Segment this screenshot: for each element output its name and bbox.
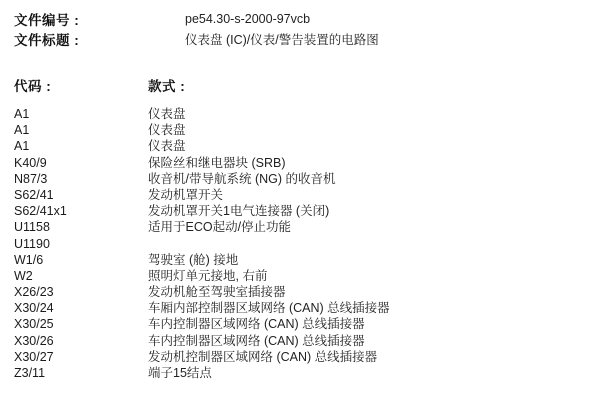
- table-row: W1/6 驾驶室 (舱) 接地: [14, 252, 602, 268]
- document-title-label: 文件标题 :: [14, 29, 185, 49]
- document-title-row: 文件标题 : 仪表盘 (IC)/仪表/警告装置的电路图: [14, 29, 602, 49]
- code-cell: W1/6: [14, 252, 148, 268]
- description-cell: 驾驶室 (舱) 接地: [148, 252, 238, 268]
- table-row: W2 照明灯单元接地, 右前: [14, 268, 602, 284]
- description-cell: 端子15结点: [148, 365, 212, 381]
- description-cell: 仪表盘: [148, 106, 186, 122]
- table-row: X30/26 车内控制器区域网络 (CAN) 总线插接器: [14, 333, 602, 349]
- table-row: S62/41 发动机罩开关: [14, 187, 602, 203]
- code-cell: K40/9: [14, 155, 148, 171]
- description-cell: 发动机罩开关1电气连接器 (关闭): [148, 203, 329, 219]
- description-cell: 发动机控制器区域网络 (CAN) 总线插接器: [148, 349, 377, 365]
- table-row: A1 仪表盘: [14, 122, 602, 138]
- code-cell: X30/24: [14, 300, 148, 316]
- code-cell: A1: [14, 138, 148, 154]
- code-cell: X26/23: [14, 284, 148, 300]
- code-cell: W2: [14, 268, 148, 284]
- table-row: A1 仪表盘: [14, 106, 602, 122]
- table-row: U1190: [14, 236, 602, 252]
- document-number-value: pe54.30-s-2000-97vcb: [185, 12, 310, 26]
- description-cell: 照明灯单元接地, 右前: [148, 268, 267, 284]
- table-row: X30/24 车厢内部控制器区域网络 (CAN) 总线插接器: [14, 300, 602, 316]
- document-page: 文件编号 : pe54.30-s-2000-97vcb 文件标题 : 仪表盘 (…: [0, 0, 602, 409]
- description-column-header: 款式 :: [148, 75, 185, 95]
- table-row: A1 仪表盘: [14, 138, 602, 154]
- code-cell: U1158: [14, 219, 148, 235]
- document-title-value: 仪表盘 (IC)/仪表/警告装置的电路图: [185, 30, 379, 48]
- description-cell: 仪表盘: [148, 138, 186, 154]
- table-row: S62/41x1 发动机罩开关1电气连接器 (关闭): [14, 203, 602, 219]
- description-cell: 车内控制器区域网络 (CAN) 总线插接器: [148, 316, 365, 332]
- code-column-header: 代码 :: [14, 75, 148, 95]
- code-cell: X30/27: [14, 349, 148, 365]
- document-number-label: 文件编号 :: [14, 9, 185, 29]
- code-cell: S62/41: [14, 187, 148, 203]
- code-cell: U1190: [14, 236, 148, 252]
- table-row: K40/9 保险丝和继电器块 (SRB): [14, 155, 602, 171]
- code-cell: Z3/11: [14, 365, 148, 381]
- code-cell: A1: [14, 106, 148, 122]
- table-row: X30/27 发动机控制器区域网络 (CAN) 总线插接器: [14, 349, 602, 365]
- table-row: X26/23 发动机舱至驾驶室插接器: [14, 284, 602, 300]
- table-row: Z3/11 端子15结点: [14, 365, 602, 381]
- code-cell: X30/25: [14, 316, 148, 332]
- description-cell: 发动机罩开关: [148, 187, 223, 203]
- description-cell: 发动机舱至驾驶室插接器: [148, 284, 286, 300]
- description-cell: 仪表盘: [148, 122, 186, 138]
- code-cell: S62/41x1: [14, 203, 148, 219]
- table-row: X30/25 车内控制器区域网络 (CAN) 总线插接器: [14, 316, 602, 332]
- description-cell: 车厢内部控制器区域网络 (CAN) 总线插接器: [148, 300, 390, 316]
- code-cell: X30/26: [14, 333, 148, 349]
- description-cell: 车内控制器区域网络 (CAN) 总线插接器: [148, 333, 365, 349]
- table-row: U1158 适用于ECO起动/停止功能: [14, 219, 602, 235]
- code-list: A1 仪表盘 A1 仪表盘 A1 仪表盘 K40/9 保险丝和继电器块 (SRB…: [14, 106, 602, 381]
- code-cell: N87/3: [14, 171, 148, 187]
- code-cell: A1: [14, 122, 148, 138]
- description-cell: 适用于ECO起动/停止功能: [148, 219, 291, 235]
- description-cell: 收音机/带导航系统 (NG) 的收音机: [148, 171, 336, 187]
- column-headers: 代码 : 款式 :: [14, 75, 602, 95]
- header-fields: 文件编号 : pe54.30-s-2000-97vcb 文件标题 : 仪表盘 (…: [14, 9, 602, 49]
- document-number-row: 文件编号 : pe54.30-s-2000-97vcb: [14, 9, 602, 29]
- description-cell: 保险丝和继电器块 (SRB): [148, 155, 286, 171]
- table-row: N87/3 收音机/带导航系统 (NG) 的收音机: [14, 171, 602, 187]
